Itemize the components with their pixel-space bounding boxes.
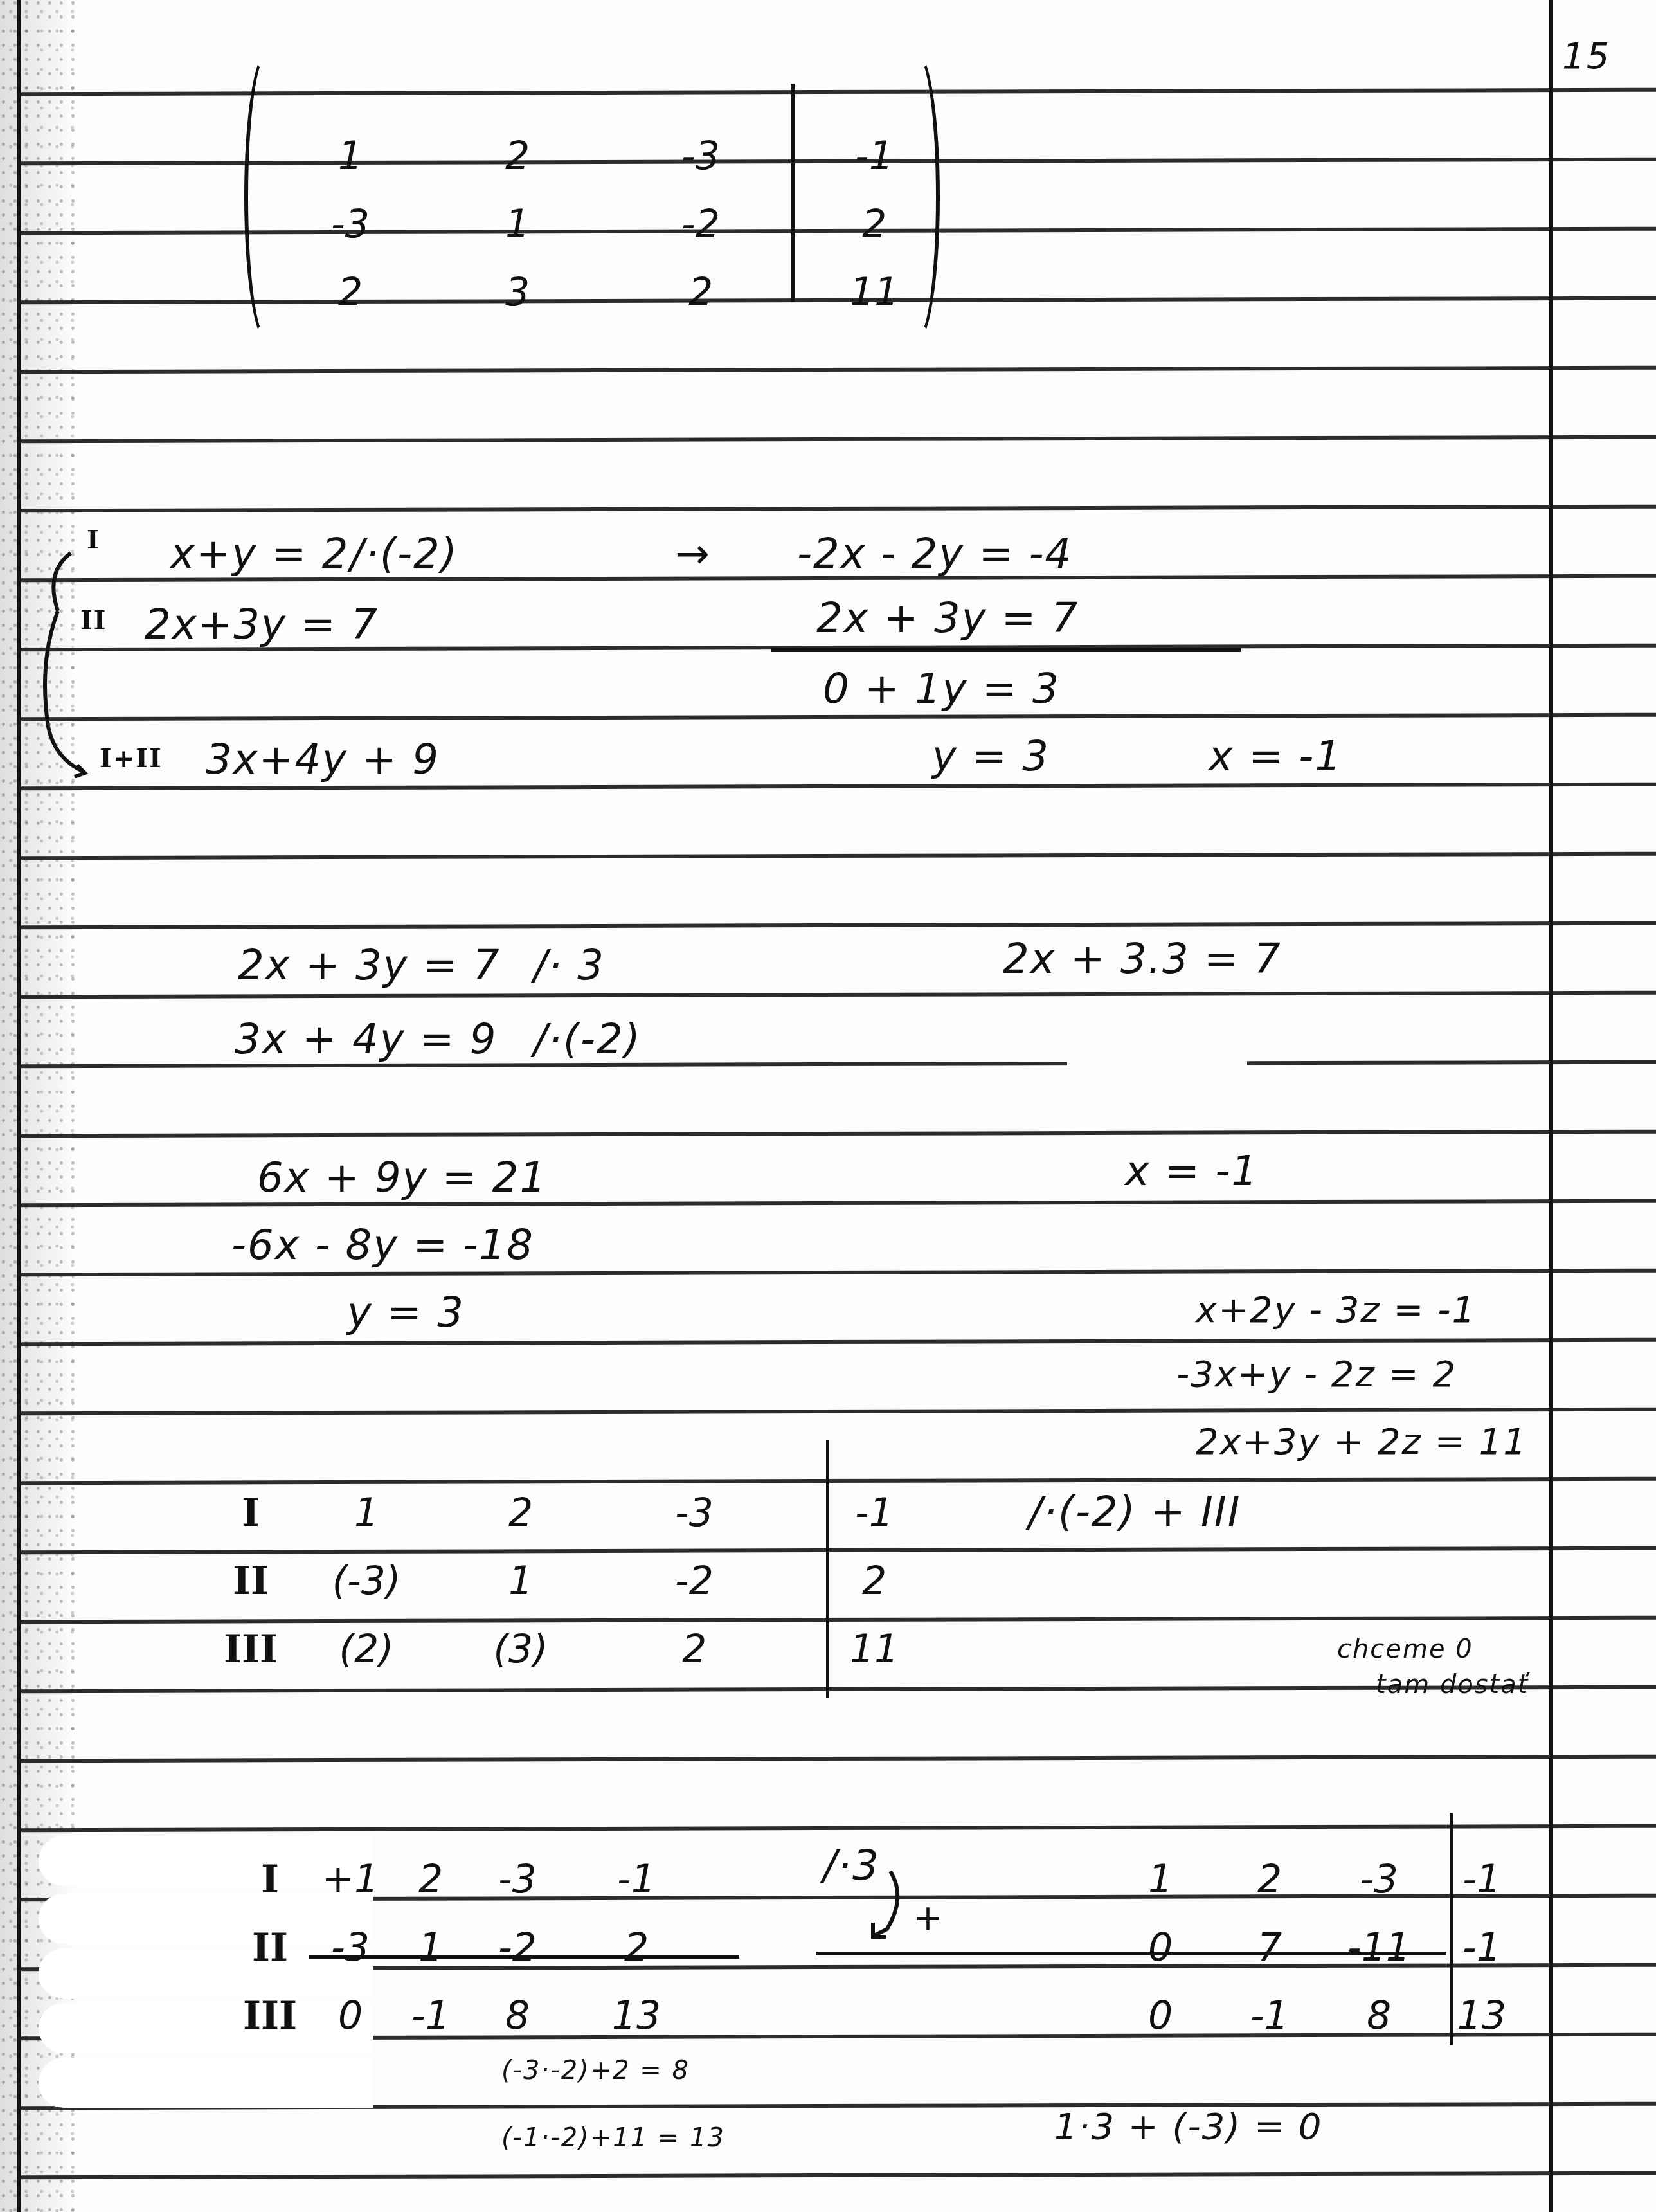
system2-r2: -6x - 8y = -18 xyxy=(231,1225,534,1266)
ruled-line xyxy=(19,1755,1656,1763)
matrix-cell: -3 xyxy=(270,190,431,258)
matrix-cell: 2 xyxy=(566,1914,707,1982)
matrix-cell: 11 xyxy=(797,258,951,327)
system3-eq1: x+2y - 3z = -1 xyxy=(1196,1292,1476,1328)
ruled-line xyxy=(19,1130,1656,1138)
matrix-cell: 3 xyxy=(431,258,604,327)
matrix-cell: 2 xyxy=(431,122,604,190)
matrix-cell: 0 xyxy=(1106,1982,1215,2050)
matrix-cell: -1 xyxy=(566,1845,707,1914)
result-x-2: x = -1 xyxy=(1125,1151,1259,1192)
matrix-cell: 1 xyxy=(444,1547,598,1615)
matrix-cell: 11 xyxy=(791,1615,958,1683)
page-left-edge xyxy=(17,0,21,2212)
system3-eq2: -3x+y - 2z = 2 xyxy=(1176,1357,1457,1393)
matrix-1-cells: 1 2 -3 -1 -3 1 -2 2 2 3 2 11 xyxy=(270,122,951,327)
matrix-cell: -3 xyxy=(469,1845,566,1914)
operation-I: /·(-2) xyxy=(350,534,458,575)
arrow-icon: → xyxy=(675,534,711,575)
matrix-cell: (2) xyxy=(289,1615,444,1683)
note-line-1: chceme 0 xyxy=(1337,1636,1473,1662)
matrix-cell: 2 xyxy=(797,190,951,258)
matrix-4-calc: 1·3 + (-3) = 0 xyxy=(1054,2109,1322,2145)
row-label: II xyxy=(231,1914,309,1982)
matrix-4-plus: + xyxy=(913,1900,944,1936)
correction-fluid-patch xyxy=(1067,1045,1247,1125)
matrix-4-cells: 1 2 -3 -1 0 7 -11 -1 0 -1 8 13 xyxy=(1106,1845,1530,2050)
matrix-cell: 1 xyxy=(289,1479,444,1547)
matrix-cell: 0 xyxy=(1106,1914,1215,1982)
sum-underline xyxy=(771,648,1241,652)
ruled-line xyxy=(19,713,1656,721)
ruled-line xyxy=(19,921,1656,930)
matrix-cell: -1 xyxy=(1434,1845,1530,1914)
curved-arrow-icon xyxy=(861,1865,913,1948)
system2-eq2-op: /·(-2) xyxy=(534,1019,642,1060)
row-label: I xyxy=(231,1845,309,1914)
system2-eq2: 3x + 4y = 9 xyxy=(235,1019,498,1060)
system2-eq1-op: /· 3 xyxy=(534,945,605,986)
matrix-cell: 2 xyxy=(444,1479,598,1547)
notebook-page: 15 1 2 -3 -1 -3 1 -2 2 2 3 2 11 I II I+I… xyxy=(0,0,1656,2212)
system2-eq1: 2x + 3y = 7 xyxy=(238,945,501,986)
equation-I: x+y = 2 xyxy=(170,534,349,575)
matrix-cell: -1 xyxy=(1215,1982,1324,2050)
matrix-cell: +1 xyxy=(309,1845,392,1914)
matrix-cell: 1 xyxy=(270,122,431,190)
substitution: 2x + 3.3 = 7 xyxy=(1003,939,1282,980)
matrix-cell: 2 xyxy=(270,258,431,327)
matrix-cell: 7 xyxy=(1215,1914,1324,1982)
tab-marker xyxy=(39,2058,373,2108)
calc-2: (-1·-2)+11 = 13 xyxy=(501,2125,725,2151)
matrix-cell: (3) xyxy=(444,1615,598,1683)
matrix-cell: -3 xyxy=(604,122,797,190)
ruled-line xyxy=(19,991,1656,999)
step-4: y = 3 xyxy=(932,736,1050,777)
matrix-cell: 1 xyxy=(392,1914,469,1982)
matrix-cell: 1 xyxy=(431,190,604,258)
matrix-cell: 2 xyxy=(1215,1845,1324,1914)
matrix-cell: -2 xyxy=(604,190,797,258)
step-3: 0 + 1y = 3 xyxy=(823,669,1060,710)
ruled-line xyxy=(19,852,1656,860)
ruled-line xyxy=(19,505,1656,513)
matrix-2-cells: I 1 2 -3 -1 II (-3) 1 -2 2 III (2) (3) 2… xyxy=(212,1479,958,1683)
matrix-cell: 2 xyxy=(791,1547,958,1615)
row-label: III xyxy=(212,1615,289,1683)
matrix-cell: 2 xyxy=(604,258,797,327)
row-label: II xyxy=(212,1547,289,1615)
system3-eq3: 2x+3y + 2z = 11 xyxy=(1196,1424,1527,1460)
row-label-sum: I+II xyxy=(100,746,163,772)
matrix-cell: -1 xyxy=(392,1982,469,2050)
ruled-line xyxy=(19,1269,1656,1277)
curved-arrow-icon xyxy=(32,534,90,778)
matrix-cell: 13 xyxy=(1434,1982,1530,2050)
matrix-2-augment-bar xyxy=(826,1440,829,1698)
matrix-cell: -11 xyxy=(1324,1914,1434,1982)
equation-II: 2x+3y = 7 xyxy=(145,604,379,646)
page-number: 15 xyxy=(1562,39,1610,75)
matrix-cell: -3 xyxy=(309,1914,392,1982)
matrix-cell: (-3) xyxy=(289,1547,444,1615)
system2-r1: 6x + 9y = 21 xyxy=(257,1157,547,1199)
matrix-cell: -1 xyxy=(1434,1914,1530,1982)
ruled-line xyxy=(19,1824,1656,1833)
matrix-cell: -2 xyxy=(598,1547,791,1615)
result-x-1: x = -1 xyxy=(1209,736,1342,777)
ruled-line xyxy=(19,1408,1656,1416)
equation-sum: 3x+4y + 9 xyxy=(206,739,440,781)
step-2: 2x + 3y = 7 xyxy=(816,598,1079,639)
ruled-line xyxy=(19,1338,1656,1346)
matrix-cell: 8 xyxy=(1324,1982,1434,2050)
matrix-cell: -3 xyxy=(1324,1845,1434,1914)
right-margin-line xyxy=(1549,0,1553,2212)
row-label: III xyxy=(231,1982,309,2050)
matrix-cell: 0 xyxy=(309,1982,392,2050)
matrix-cell: 13 xyxy=(566,1982,707,2050)
matrix-cell: 1 xyxy=(1106,1845,1215,1914)
matrix-2-operation: /·(-2) + III xyxy=(1029,1492,1241,1533)
matrix-cell: -2 xyxy=(469,1914,566,1982)
ruled-line xyxy=(19,366,1656,374)
row-label: I xyxy=(212,1479,289,1547)
matrix-cell: -3 xyxy=(598,1479,791,1547)
ruled-line xyxy=(19,435,1656,444)
matrix-cell: -1 xyxy=(791,1479,958,1547)
augmented-matrix-1: 1 2 -3 -1 -3 1 -2 2 2 3 2 11 xyxy=(244,51,951,347)
calc-1: (-3·-2)+2 = 8 xyxy=(501,2058,690,2083)
matrix-cell: 2 xyxy=(392,1845,469,1914)
step-1: -2x - 2y = -4 xyxy=(797,534,1072,575)
system2-r3: y = 3 xyxy=(347,1292,465,1334)
matrix-3-underline xyxy=(309,1955,739,1959)
note-line-2: tam dostať xyxy=(1376,1672,1529,1698)
matrix-cell: -1 xyxy=(797,122,951,190)
ruled-line xyxy=(19,2171,1656,2180)
matrix-cell: 2 xyxy=(598,1615,791,1683)
matrix-3-cells: I +1 2 -3 -1 II -3 1 -2 2 III 0 -1 8 13 xyxy=(231,1845,707,2050)
matrix-cell: 8 xyxy=(469,1982,566,2050)
